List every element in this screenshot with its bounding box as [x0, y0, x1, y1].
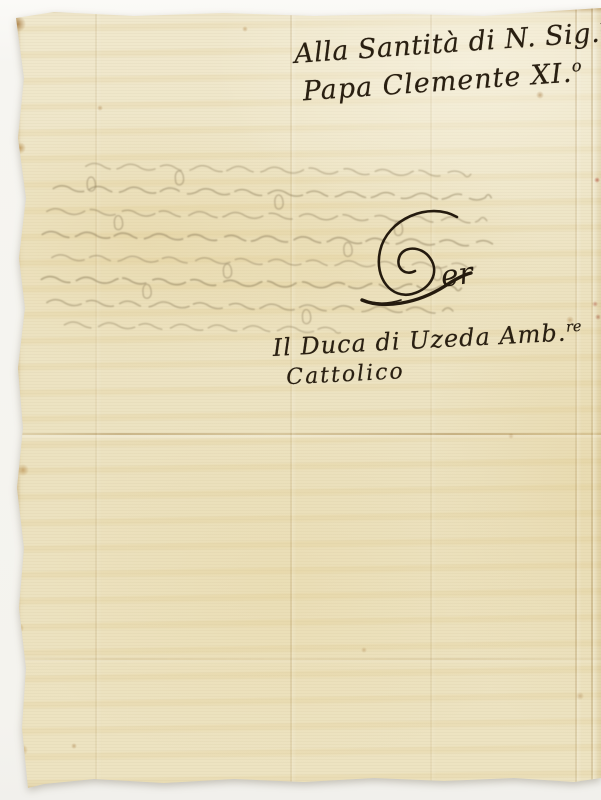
scanner-background: Alla Santità di N. Sig.re Papa Clemente … [0, 0, 601, 800]
fold-crease-horizontal [14, 433, 601, 435]
fold-crease-horizontal-faint [14, 658, 601, 660]
address-line-2-superscript: o [571, 56, 582, 76]
fold-crease-vertical-center [290, 8, 292, 790]
fold-crease-vertical-right [575, 8, 577, 790]
fold-crease-vertical-faint [430, 8, 432, 790]
paper-sheet: Alla Santità di N. Sig.re Papa Clemente … [14, 8, 601, 790]
address-block: Alla Santità di N. Sig.re Papa Clemente … [293, 15, 601, 107]
per-flourish: er [355, 205, 495, 313]
signature-line-1-superscript: re [566, 319, 582, 336]
per-flourish-er: er [438, 255, 476, 294]
fold-edge-right [591, 8, 593, 790]
letter-paper: Alla Santità di N. Sig.re Papa Clemente … [0, 0, 601, 800]
fold-crease-vertical-left [95, 8, 97, 790]
